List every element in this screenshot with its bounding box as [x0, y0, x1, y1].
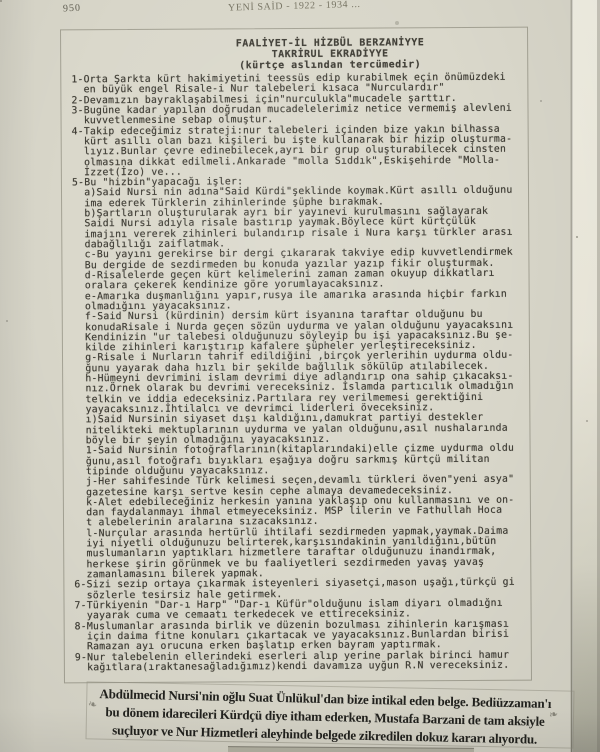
typed-document-frame: FAALİYET-İL HİZBÜL BERZANİYYE TAKRİRUL E…: [60, 27, 532, 684]
book-page-photo: 950 YENİ SAİD - 1922 - 1934 ... FAALİYET…: [0, 0, 600, 752]
running-header: YENİ SAİD - 1922 - 1934 ...: [228, 0, 558, 14]
caption-text: Abdülmecid Nursi'nin oğlu Suat Ünlükul'd…: [69, 684, 580, 749]
next-section-top-edge: [228, 746, 474, 752]
adjacent-page-edge: [571, 0, 600, 752]
page-crease-line: [570, 0, 573, 752]
paper-specks: [0, 0, 2, 2]
document-title: FAALİYET-İL HİZBÜL BERZANİYYE TAKRİRUL E…: [97, 27, 563, 72]
document-body-text: 1-Orta Şarkta kürt hakimiyetini teessüs …: [61, 70, 531, 674]
page-number: 950: [63, 3, 82, 15]
